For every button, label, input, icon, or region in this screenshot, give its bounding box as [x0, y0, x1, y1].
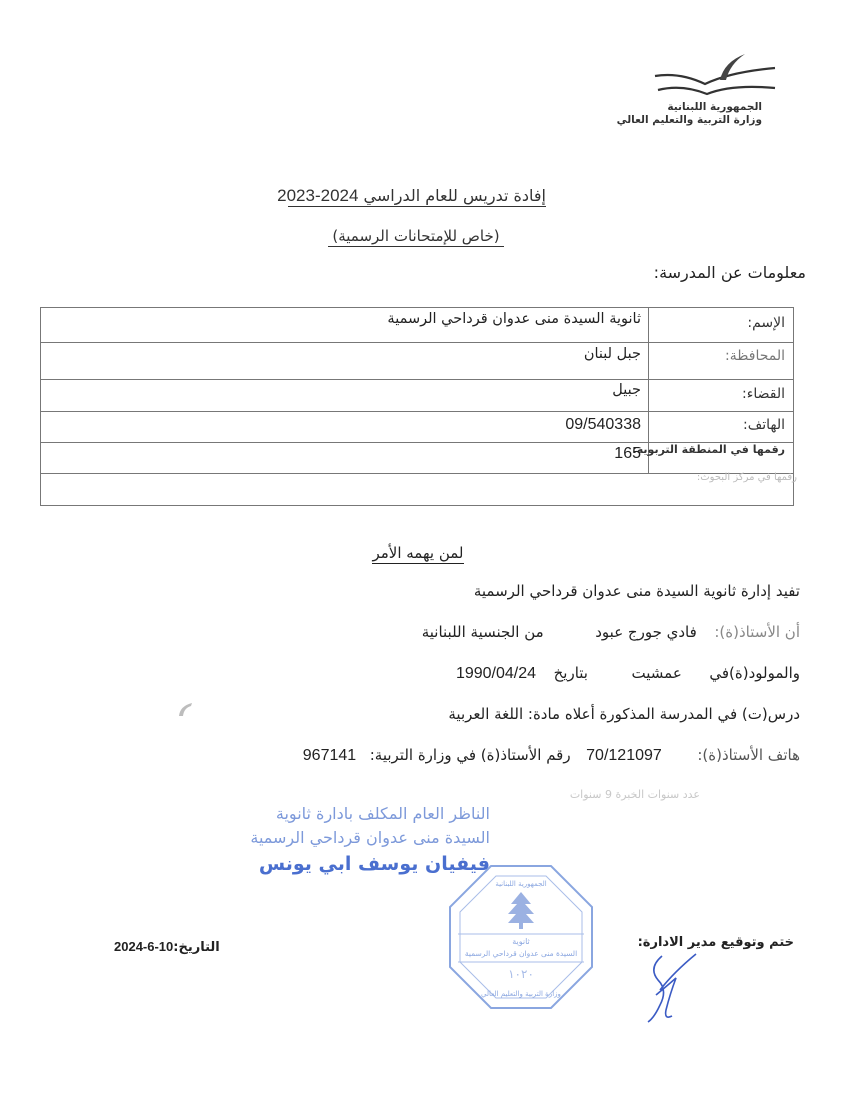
svg-text:الجمهورية اللبنانية: الجمهورية اللبنانية	[495, 880, 546, 888]
document-title: إفادة تدريس للعام الدراسي 2024-2023	[288, 186, 546, 207]
row-value: جبل لبنان	[584, 346, 641, 362]
svg-text:السيدة منى عدوان قرداحي الرسمي: السيدة منى عدوان قرداحي الرسمية	[465, 949, 577, 958]
signature-label: ختم وتوقيع مدير الادارة:	[638, 935, 794, 950]
ministry-number-label: رقم الأستاذ(ة) في وزارة التربية:	[370, 746, 571, 764]
stamp-line-1: الناظر العام المكلف بادارة ثانوية	[250, 802, 490, 826]
table-row: رقمها في المنطقة التربوية: 165	[41, 442, 793, 474]
phone-label: هاتف الأستاذ(ة):	[697, 746, 800, 764]
table-row: الهاتف: 09/540338	[41, 411, 793, 443]
row-value: جبيل	[612, 382, 641, 398]
svg-text:ثانوية: ثانوية	[512, 937, 530, 946]
birth-label: والمولود(ة)في	[709, 664, 800, 682]
birth-place: عمشيت	[632, 664, 682, 682]
school-info-table: الإسم: ثانوية السيدة منى عدوان قرداحي ال…	[40, 307, 794, 506]
table-row: المحافظة: جبل لبنان	[41, 342, 793, 380]
row-label: رقمها في مركز البحوث:	[697, 472, 797, 483]
title-text: إفادة تدريس للعام الدراسي	[364, 186, 546, 205]
handwritten-signature-icon	[640, 950, 700, 1025]
ministry-number: 967141	[303, 747, 356, 764]
stamp-line-2: السيدة منى عدوان قرداحي الرسمية	[250, 826, 490, 850]
org-line-2: وزارة التربية والتعليم العالي	[617, 114, 762, 127]
birth-date: 1990/04/24	[456, 665, 536, 682]
row-label: رقمها في المنطقة التربوية:	[632, 443, 785, 456]
intro-line: تفيد إدارة ثانوية السيدة منى عدوان قرداح…	[474, 582, 800, 600]
svg-text:١٠٢٠: ١٠٢٠	[508, 967, 534, 981]
row-label: الهاتف:	[743, 417, 785, 433]
row-value: 165	[614, 445, 641, 463]
academic-year: 2024-2023	[277, 186, 358, 205]
contact-line: هاتف الأستاذ(ة): 70/121097 رقم الأستاذ(ة…	[303, 746, 800, 765]
svg-text:وزارة التربية والتعليم العالي: وزارة التربية والتعليم العالي	[481, 990, 561, 998]
document-subtitle: (خاص للإمتحانات الرسمية)	[328, 226, 504, 247]
ministry-name: الجمهورية اللبنانية وزارة التربية والتعل…	[617, 101, 762, 127]
teacher-line: أن الأستاذ(ة): فادي جورج عبود من الجنسية…	[422, 623, 800, 641]
school-info-heading: معلومات عن المدرسة:	[654, 263, 806, 282]
row-value: 09/540338	[565, 416, 641, 434]
nationality: من الجنسية اللبنانية	[422, 623, 544, 641]
org-line-1: الجمهورية اللبنانية	[617, 101, 762, 114]
row-label: القضاء:	[742, 386, 785, 402]
row-label: الإسم:	[747, 315, 785, 331]
teacher-phone: 70/121097	[586, 747, 662, 764]
experience-years-faint: عدد سنوات الخبرة 9 سنوات	[570, 788, 700, 801]
school-seal-icon: ثانوية السيدة منى عدوان قرداحي الرسمية ١…	[446, 862, 596, 1012]
row-value: ثانوية السيدة منى عدوان قرداحي الرسمية	[387, 311, 641, 327]
table-row: رقمها في مركز البحوث:	[41, 473, 793, 505]
scan-artifact	[176, 700, 196, 718]
to-whom-heading: لمن يهمه الأمر	[372, 543, 464, 564]
document-date: 2024-6-10	[114, 939, 173, 954]
birth-line: والمولود(ة)في عمشيت بتاريخ 1990/04/24	[456, 664, 800, 683]
date-label: التاريخ:	[173, 940, 219, 955]
table-row: الإسم: ثانوية السيدة منى عدوان قرداحي ال…	[41, 308, 793, 343]
row-label: المحافظة:	[725, 348, 785, 364]
ministry-logo-icon	[650, 50, 780, 105]
table-row: القضاء: جبيل	[41, 379, 793, 412]
teacher-name: فادي جورج عبود	[595, 623, 697, 641]
teacher-label: أن الأستاذ(ة):	[714, 623, 800, 641]
date-line: التاريخ:2024-6-10	[114, 939, 220, 955]
subject-line: درس(ت) في المدرسة المذكورة أعلاه مادة: ا…	[448, 705, 800, 723]
birth-date-label: بتاريخ	[554, 664, 588, 682]
